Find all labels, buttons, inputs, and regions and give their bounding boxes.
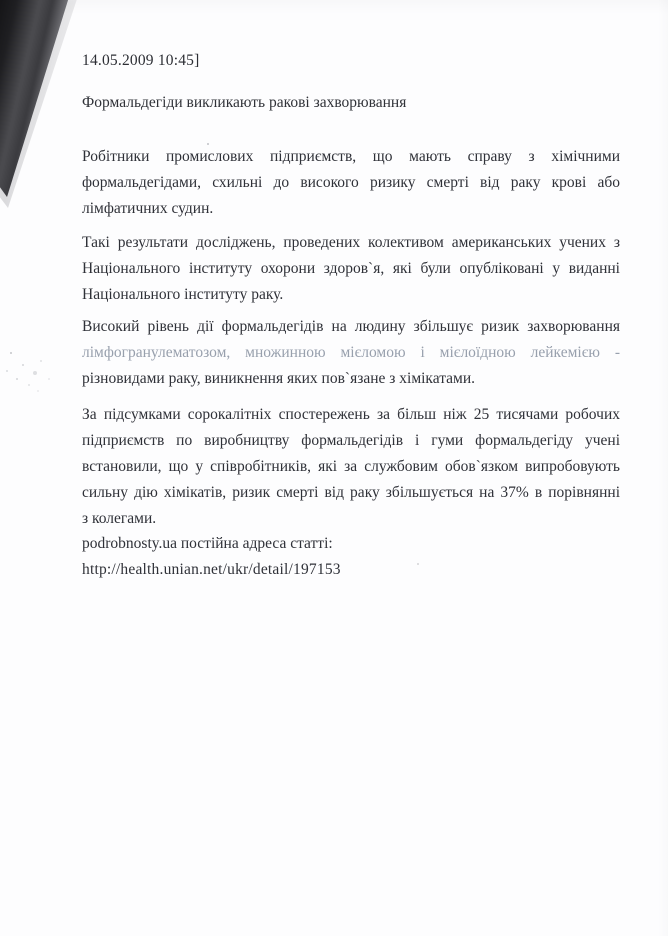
- text-line: Такі результати досліджень, проведених к…: [82, 230, 620, 256]
- paragraph-workers-risk: Робітники промислових підприємств, що ма…: [82, 144, 620, 222]
- text-line: Робітники промислових підприємств, що ма…: [82, 144, 620, 170]
- article: 14.05.2009 10:45] Формальдегіди викликаю…: [82, 0, 620, 936]
- scanned-document-page: 14.05.2009 10:45] Формальдегіди викликаю…: [0, 0, 668, 936]
- article-url: http://health.unian.net/ukr/detail/19715…: [82, 557, 620, 583]
- text-line: Національного інституту раку.: [82, 282, 620, 308]
- text-line-faded: лімфогранулематозом, множинною мієломою …: [82, 340, 620, 366]
- text-line: Високий рівень дії формальдегідів на люд…: [82, 314, 620, 340]
- paragraph-disease-types: Високий рівень дії формальдегідів на люд…: [82, 314, 620, 392]
- article-timestamp: 14.05.2009 10:45]: [82, 48, 620, 74]
- text-line: встановили, що у співробітників, які за …: [82, 454, 620, 480]
- source-attribution: podrobnosty.ua постійна адреса статті:: [82, 531, 620, 557]
- text-line: різновидами раку, виникнення яких пов`яз…: [82, 366, 620, 392]
- scan-noise-speckles: [10, 352, 12, 354]
- text-line: За підсумками сорокалітніх спостережень …: [82, 402, 620, 428]
- text-line: формальдегідами, схильні до високого риз…: [82, 170, 620, 196]
- text-line: підприємств по виробництву формальдегіді…: [82, 428, 620, 454]
- article-footer: podrobnosty.ua постійна адреса статті: h…: [82, 531, 620, 583]
- text-line: лімфатичних судин.: [82, 196, 620, 222]
- article-title: Формальдегіди викликають ракові захворюв…: [82, 90, 620, 116]
- paragraph-research-source: Такі результати досліджень, проведених к…: [82, 230, 620, 308]
- text-line: Національного інституту охорони здоров`я…: [82, 256, 620, 282]
- text-line: з колегами.: [82, 506, 620, 532]
- text-line: сильну дію хімікатів, ризик смерті від р…: [82, 480, 620, 506]
- paragraph-study-results: За підсумками сорокалітніх спостережень …: [82, 402, 620, 532]
